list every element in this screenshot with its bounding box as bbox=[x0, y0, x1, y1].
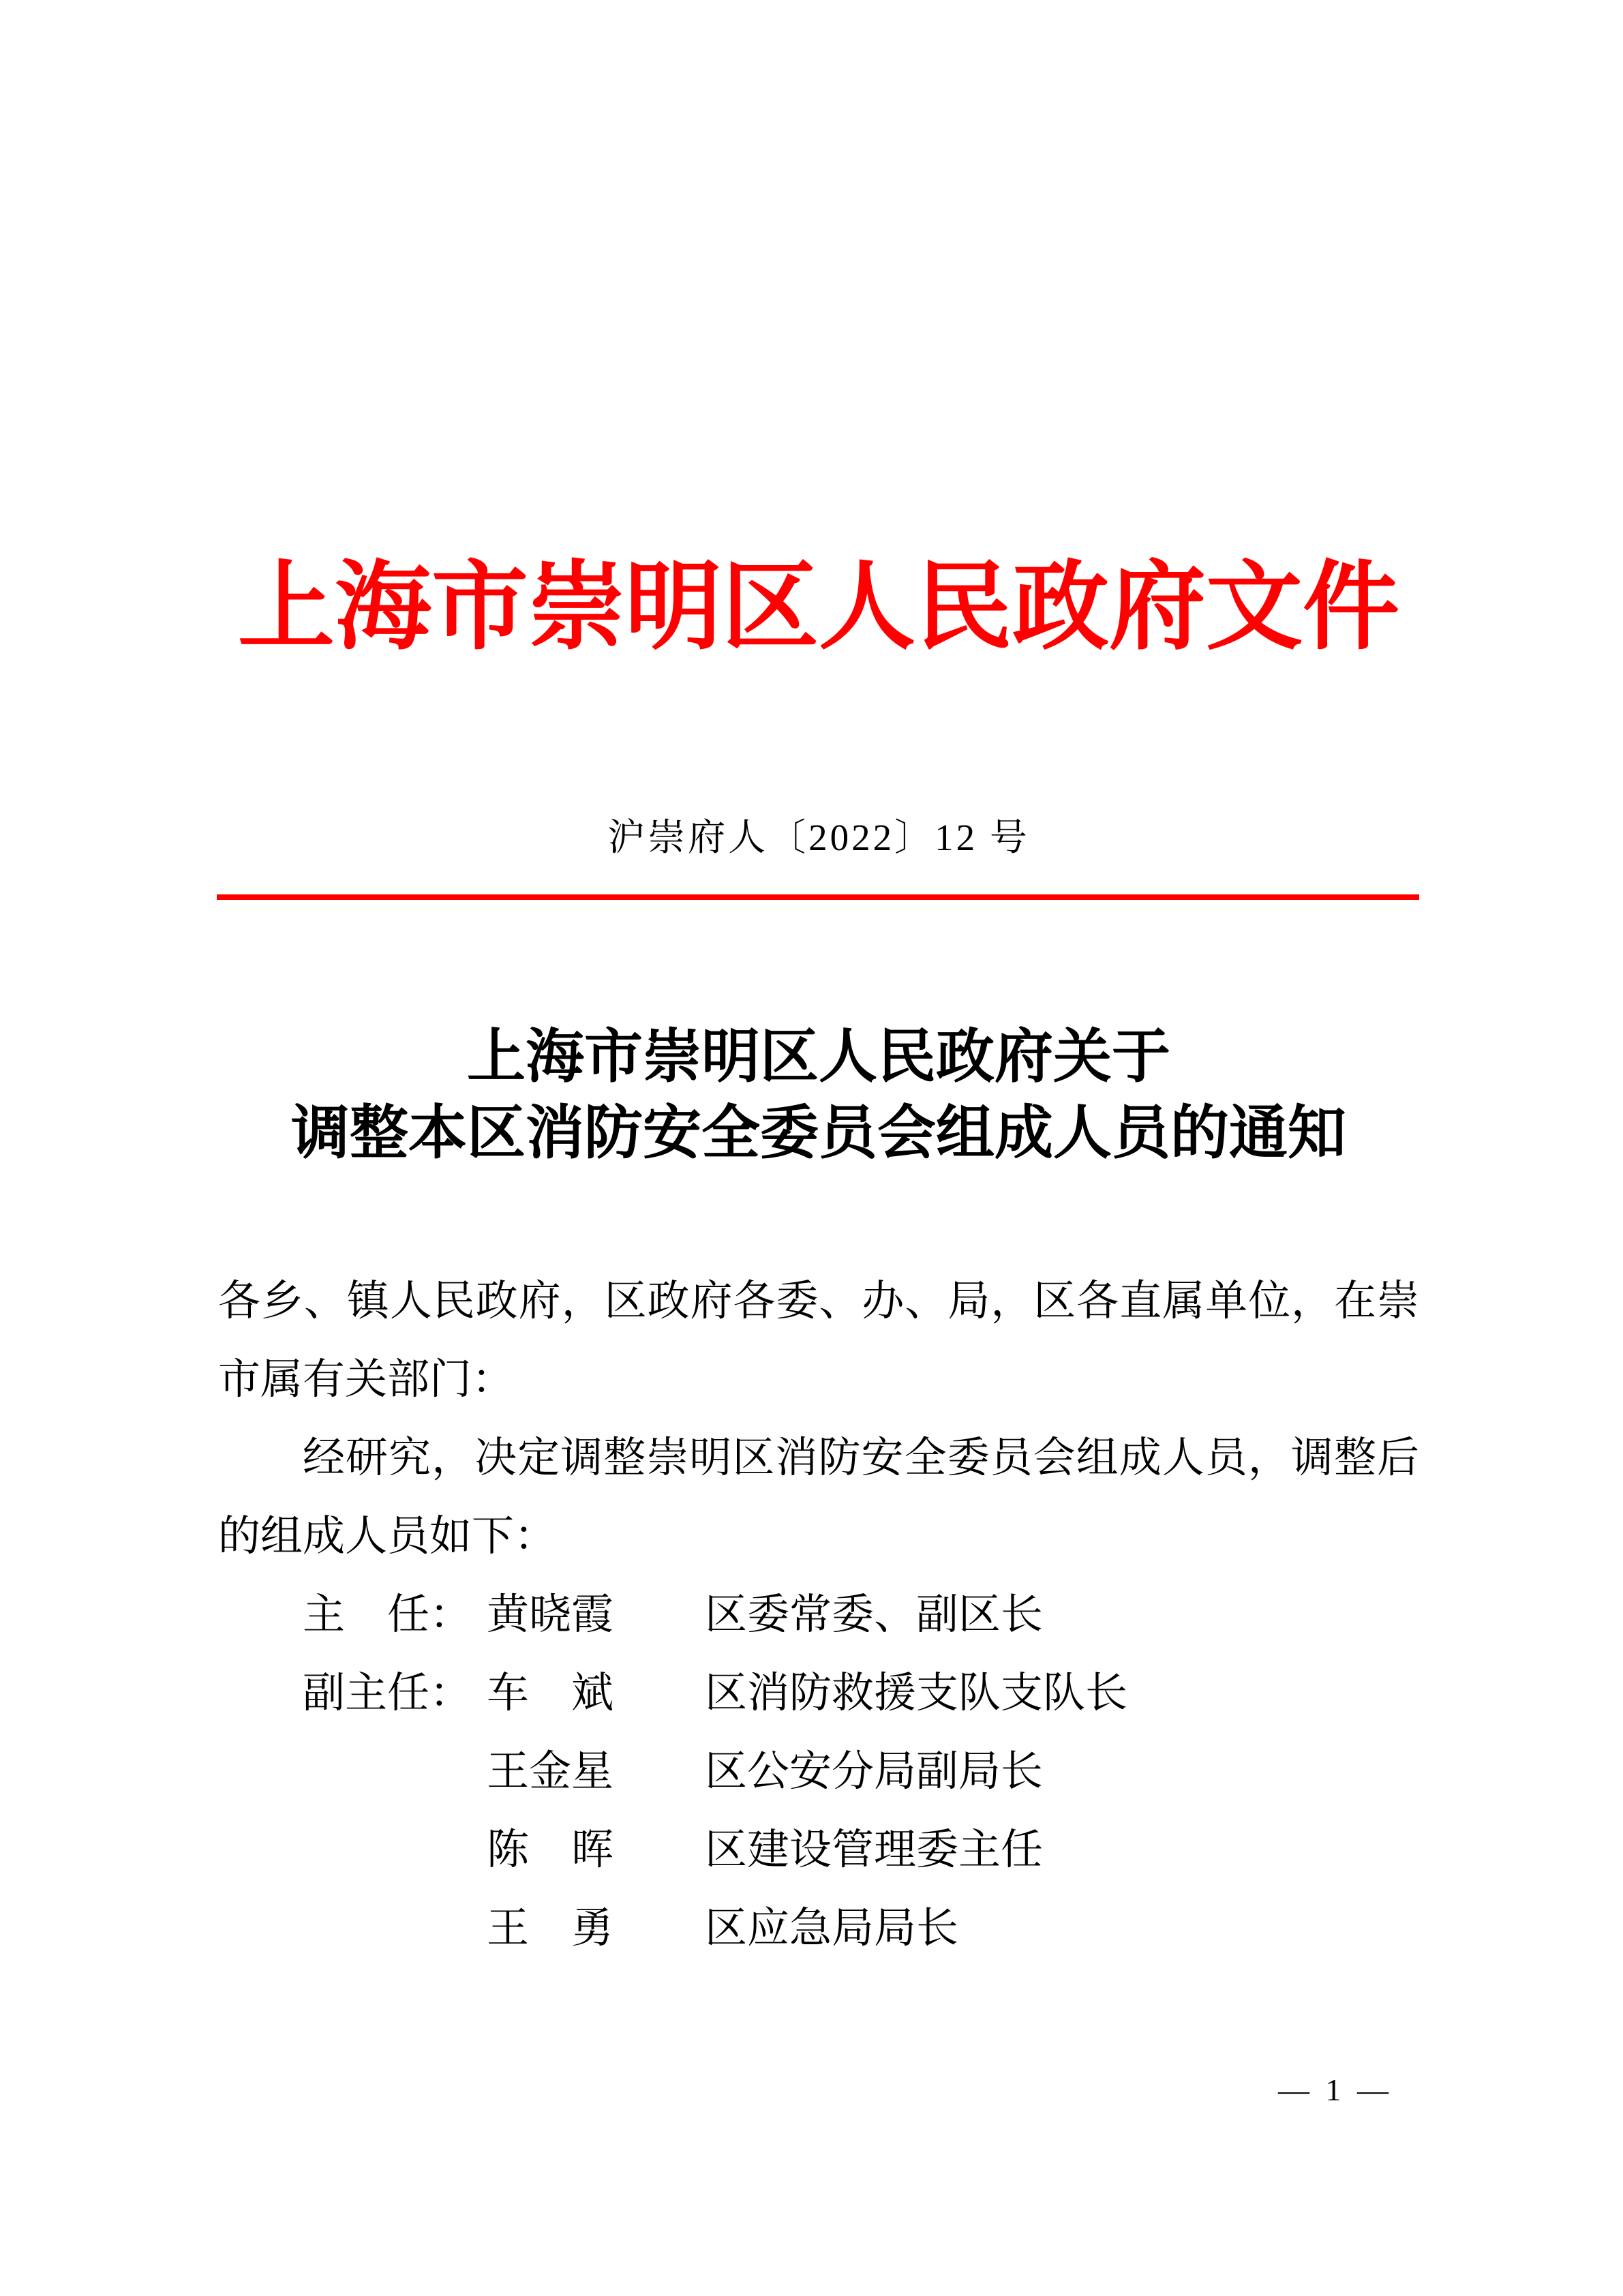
roster-title: 区应急局局长 bbox=[705, 1890, 1419, 1968]
roster-role bbox=[303, 1890, 487, 1968]
letterhead-title: 上海市崇明区人民政府文件 bbox=[218, 554, 1419, 661]
roster-row: 主 任： 黄晓霞 区委常委、副区长 bbox=[218, 1576, 1419, 1655]
document-page: 上海市崇明区人民政府文件 沪崇府人〔2022〕12 号 上海市崇明区人民政府关于… bbox=[0, 0, 1623, 2296]
roster-row: 王 勇 区应急局局长 bbox=[218, 1890, 1419, 1968]
document-title: 上海市崇明区人民政府关于 调整本区消防安全委员会组成人员的通知 bbox=[218, 1018, 1419, 1171]
document-body: 各乡、镇人民政府，区政府各委、办、局，区各直属单位，在崇市属有关部门： 经研究，… bbox=[218, 1263, 1419, 1968]
roster-title: 区公安分局副局长 bbox=[705, 1733, 1419, 1811]
roster-row: 副主任： 车 斌 区消防救援支队支队长 bbox=[218, 1655, 1419, 1733]
document-number: 沪崇府人〔2022〕12 号 bbox=[218, 815, 1419, 860]
roster-role bbox=[303, 1811, 487, 1890]
roster-gap bbox=[623, 1733, 705, 1811]
roster-name: 陈 晖 bbox=[487, 1811, 623, 1890]
document-title-line1: 上海市崇明区人民政府关于 bbox=[218, 1018, 1419, 1095]
roster-name: 王 勇 bbox=[487, 1890, 623, 1968]
roster-title: 区委常委、副区长 bbox=[705, 1576, 1419, 1655]
roster-gap bbox=[623, 1811, 705, 1890]
page-number: — 1 — bbox=[1278, 2072, 1393, 2108]
roster-role: 副主任： bbox=[303, 1655, 487, 1733]
red-divider-line bbox=[217, 894, 1419, 900]
roster-name: 王金星 bbox=[487, 1733, 623, 1811]
roster-name: 黄晓霞 bbox=[487, 1576, 623, 1655]
roster-name: 车 斌 bbox=[487, 1655, 623, 1733]
roster-gap bbox=[623, 1655, 705, 1733]
roster-title: 区建设管理委主任 bbox=[705, 1811, 1419, 1890]
roster-gap bbox=[623, 1890, 705, 1968]
body-paragraph-1: 经研究，决定调整崇明区消防安全委员会组成人员，调整后的组成人员如下： bbox=[218, 1419, 1419, 1576]
roster-role: 主 任： bbox=[303, 1576, 487, 1655]
roster-gap bbox=[623, 1576, 705, 1655]
document-title-line2: 调整本区消防安全委员会组成人员的通知 bbox=[218, 1095, 1419, 1171]
roster-role bbox=[303, 1733, 487, 1811]
salutation-paragraph: 各乡、镇人民政府，区政府各委、办、局，区各直属单位，在崇市属有关部门： bbox=[218, 1263, 1419, 1419]
roster-title: 区消防救援支队支队长 bbox=[705, 1655, 1419, 1733]
roster-row: 陈 晖 区建设管理委主任 bbox=[218, 1811, 1419, 1890]
roster-row: 王金星 区公安分局副局长 bbox=[218, 1733, 1419, 1811]
